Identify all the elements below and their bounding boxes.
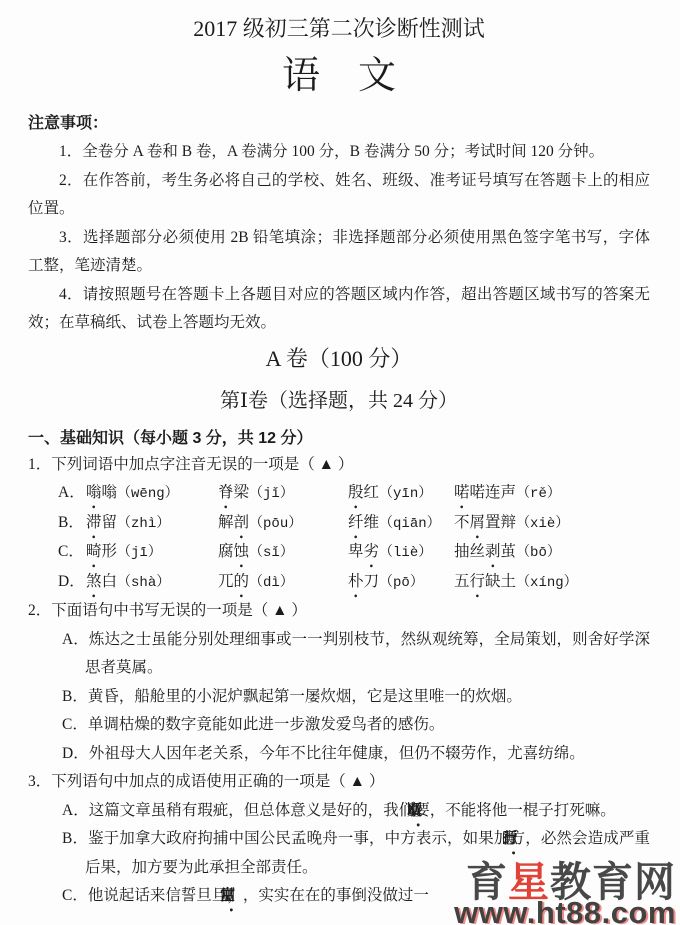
char: 纤: [348, 509, 364, 538]
char: 置: [485, 514, 501, 531]
char: 土: [501, 573, 517, 590]
char: 嗡: [86, 479, 102, 508]
notice-item-2: 2．在作答前，考生务必将自己的学校、姓名、班级、准考证号填写在答题卡上的相应位置…: [28, 167, 650, 224]
option-label: C．: [62, 887, 88, 904]
part1-heading: 第Ⅰ卷（选择题，共 24 分）: [28, 388, 650, 415]
watermark-char: 育: [466, 859, 508, 905]
char: 劣: [364, 538, 380, 567]
char: 形: [102, 543, 118, 560]
char: 殷: [348, 479, 364, 508]
section-a-heading: A 卷（100 分）: [28, 344, 650, 374]
pinyin-item: 畸形（jī）: [86, 538, 218, 568]
char: 连: [485, 484, 501, 501]
pinyin-item: 五行缺土（xíng）: [454, 568, 650, 598]
option-item: D．外祖母大人因年老关系，今年不比往年健康，但仍不辍劳作，尤喜纺绵。: [28, 740, 650, 769]
watermark-char: 育: [592, 859, 634, 905]
char: 蚀: [234, 538, 250, 567]
pinyin-choice-row: A．嗡嗡（wēng）脊梁（jǐ）殷红（yīn）喏喏连声（rě）: [28, 479, 650, 509]
q3-stem: 3．下列语句中加点的成语使用正确的一项是（ ▲ ）: [28, 768, 650, 797]
q1-rows: A．嗡嗡（wēng）脊梁（jǐ）殷红（yīn）喏喏连声（rě）B．滞留（zhì）…: [28, 479, 650, 597]
char: 缺: [485, 573, 501, 590]
char: 留: [102, 514, 118, 531]
char: 剥: [485, 538, 501, 567]
q2-stem: 2．下面语句中书写无误的一项是（ ▲ ）: [28, 597, 650, 626]
block1-heading: 一、基础知识（每小题 3 分，共 12 分）: [28, 427, 650, 451]
pinyin-reading: （bō）: [516, 545, 561, 561]
pinyin-reading: （qiān）: [379, 516, 441, 532]
pinyin-reading: （zhì）: [117, 516, 170, 532]
char: 嗡: [102, 484, 118, 501]
pinyin-item: 纤维（qiān）: [348, 509, 454, 539]
char: 梁: [234, 484, 250, 501]
option-label: B．: [58, 509, 86, 539]
char: 兀: [218, 573, 234, 590]
char: 畸: [86, 538, 102, 567]
char: 滞: [86, 509, 102, 538]
pinyin-item: 嗡嗡（wēng）: [86, 479, 218, 509]
pinyin-reading: （dì）: [249, 575, 294, 591]
char: 五: [454, 573, 470, 590]
pinyin-choice-row: B．滞留（zhì）解剖（pōu）纤维（qiān）不屑置辩（xiè）: [28, 509, 650, 539]
watermark-site-name: 育星教育网: [454, 862, 676, 902]
char: 煞: [86, 568, 102, 597]
option-label: D．: [62, 745, 89, 762]
option-label: B．: [62, 688, 88, 705]
q1-stem: 1．下列词语中加点字注音无误的一项是（ ▲ ）: [28, 451, 650, 480]
char: 脊: [218, 479, 234, 508]
option-label: C．: [58, 538, 86, 568]
char: 朴: [348, 568, 364, 597]
page-content: 2017 级初三第二次诊断性测试 语 文 注意事项： 1．全卷分 A 卷和 B …: [0, 0, 680, 911]
char: 红: [364, 484, 380, 501]
char: 白: [102, 573, 118, 590]
option-item: A．炼达之士虽能分别处理细事或一一判别枝节，然纵观统筹，全局策划，则舍好学深思者…: [28, 626, 650, 683]
option-label: C．: [62, 716, 88, 733]
pinyin-reading: （jī）: [117, 545, 162, 561]
char: 不: [454, 514, 470, 531]
option-label: D．: [58, 568, 86, 598]
char: 辩: [501, 514, 517, 531]
char: 丝: [470, 543, 486, 560]
pinyin-reading: （pōu）: [249, 516, 302, 532]
char: 声: [501, 484, 517, 501]
pinyin-choice-row: C．畸形（jī）腐蚀（sǐ）卑劣（liè）抽丝剥茧（bō）: [28, 538, 650, 568]
pinyin-item: 滞留（zhì）: [86, 509, 218, 539]
exam-title: 2017 级初三第二次诊断性测试: [28, 14, 650, 44]
option-item: C．单调枯燥的数字竟能如此进一步激发爱鸟者的感伤。: [28, 711, 650, 740]
char: 喏: [454, 479, 470, 508]
pinyin-reading: （pō）: [379, 575, 424, 591]
notice-item-4: 4．请按照题号在答题卡上各题目对应的答题区域内作答，超出答题区域书写的答案无效；…: [28, 281, 650, 338]
pinyin-item: 腐蚀（sǐ）: [218, 538, 348, 568]
pinyin-item: 脊梁（jǐ）: [218, 479, 348, 509]
option-label: A．: [62, 802, 89, 819]
exam-paper-page: 2017 级初三第二次诊断性测试 语 文 注意事项： 1．全卷分 A 卷和 B …: [0, 0, 680, 925]
pinyin-item: 兀的（dì）: [218, 568, 348, 598]
pinyin-item: 殷红（yīn）: [348, 479, 454, 509]
pinyin-reading: （wēng）: [117, 486, 179, 502]
char: 行: [470, 568, 486, 597]
pinyin-reading: （liè）: [379, 545, 432, 561]
char: 腐: [218, 543, 234, 560]
option-item: A．这篇文章虽稍有瑕疵，但总体意义是好的，我们要断章取义，不能将他一棍子打死嘛。: [28, 797, 650, 826]
pinyin-item: 卑劣（liè）: [348, 538, 454, 568]
pinyin-reading: （shà）: [117, 575, 170, 591]
option-label: A．: [62, 631, 89, 648]
char: 刀: [364, 573, 380, 590]
char: 的: [234, 568, 250, 597]
notice-item-3: 3．选择题部分必须使用 2B 铅笔填涂；非选择题部分必须使用黑色签字笔书写，字体…: [28, 224, 650, 281]
pinyin-reading: （rě）: [516, 486, 561, 502]
pinyin-reading: （xíng）: [516, 575, 578, 591]
q2-options: A．炼达之士虽能分别处理细事或一一判别枝节，然纵观统筹，全局策划，则舍好学深思者…: [28, 626, 650, 769]
watermark-char: 网: [634, 859, 676, 905]
char: 剖: [234, 509, 250, 538]
char: 屑: [470, 509, 486, 538]
pinyin-choice-row: D．煞白（shà）兀的（dì）朴刀（pō）五行缺土（xíng）: [28, 568, 650, 598]
notice-item-1: 1．全卷分 A 卷和 B 卷，A 卷满分 100 分，B 卷满分 50 分；考试…: [28, 138, 650, 167]
pinyin-reading: （sǐ）: [249, 545, 294, 561]
pinyin-item: 解剖（pōu）: [218, 509, 348, 539]
watermark: 育星教育网 www.ht88.com: [454, 862, 676, 925]
pinyin-item: 喏喏连声（rě）: [454, 479, 650, 509]
char: 卑: [348, 543, 364, 560]
pinyin-reading: （jǐ）: [249, 486, 294, 502]
pinyin-reading: （xiè）: [516, 516, 569, 532]
char: 解: [218, 514, 234, 531]
pinyin-item: 煞白（shà）: [86, 568, 218, 598]
subject-title: 语 文: [28, 52, 650, 101]
char: 维: [364, 514, 380, 531]
char: 抽: [454, 543, 470, 560]
option-label: B．: [62, 830, 88, 847]
char: 喏: [470, 484, 486, 501]
char: 茧: [501, 543, 517, 560]
pinyin-item: 不屑置辩（xiè）: [454, 509, 650, 539]
watermark-char: 星: [508, 859, 550, 905]
notice-heading: 注意事项：: [28, 110, 650, 138]
watermark-char: 教: [550, 859, 592, 905]
pinyin-reading: （yīn）: [379, 486, 432, 502]
option-label: A．: [58, 479, 86, 509]
option-item: B．黄昏，船舱里的小泥炉飘起第一屡炊烟，它是这里唯一的炊烟。: [28, 683, 650, 712]
